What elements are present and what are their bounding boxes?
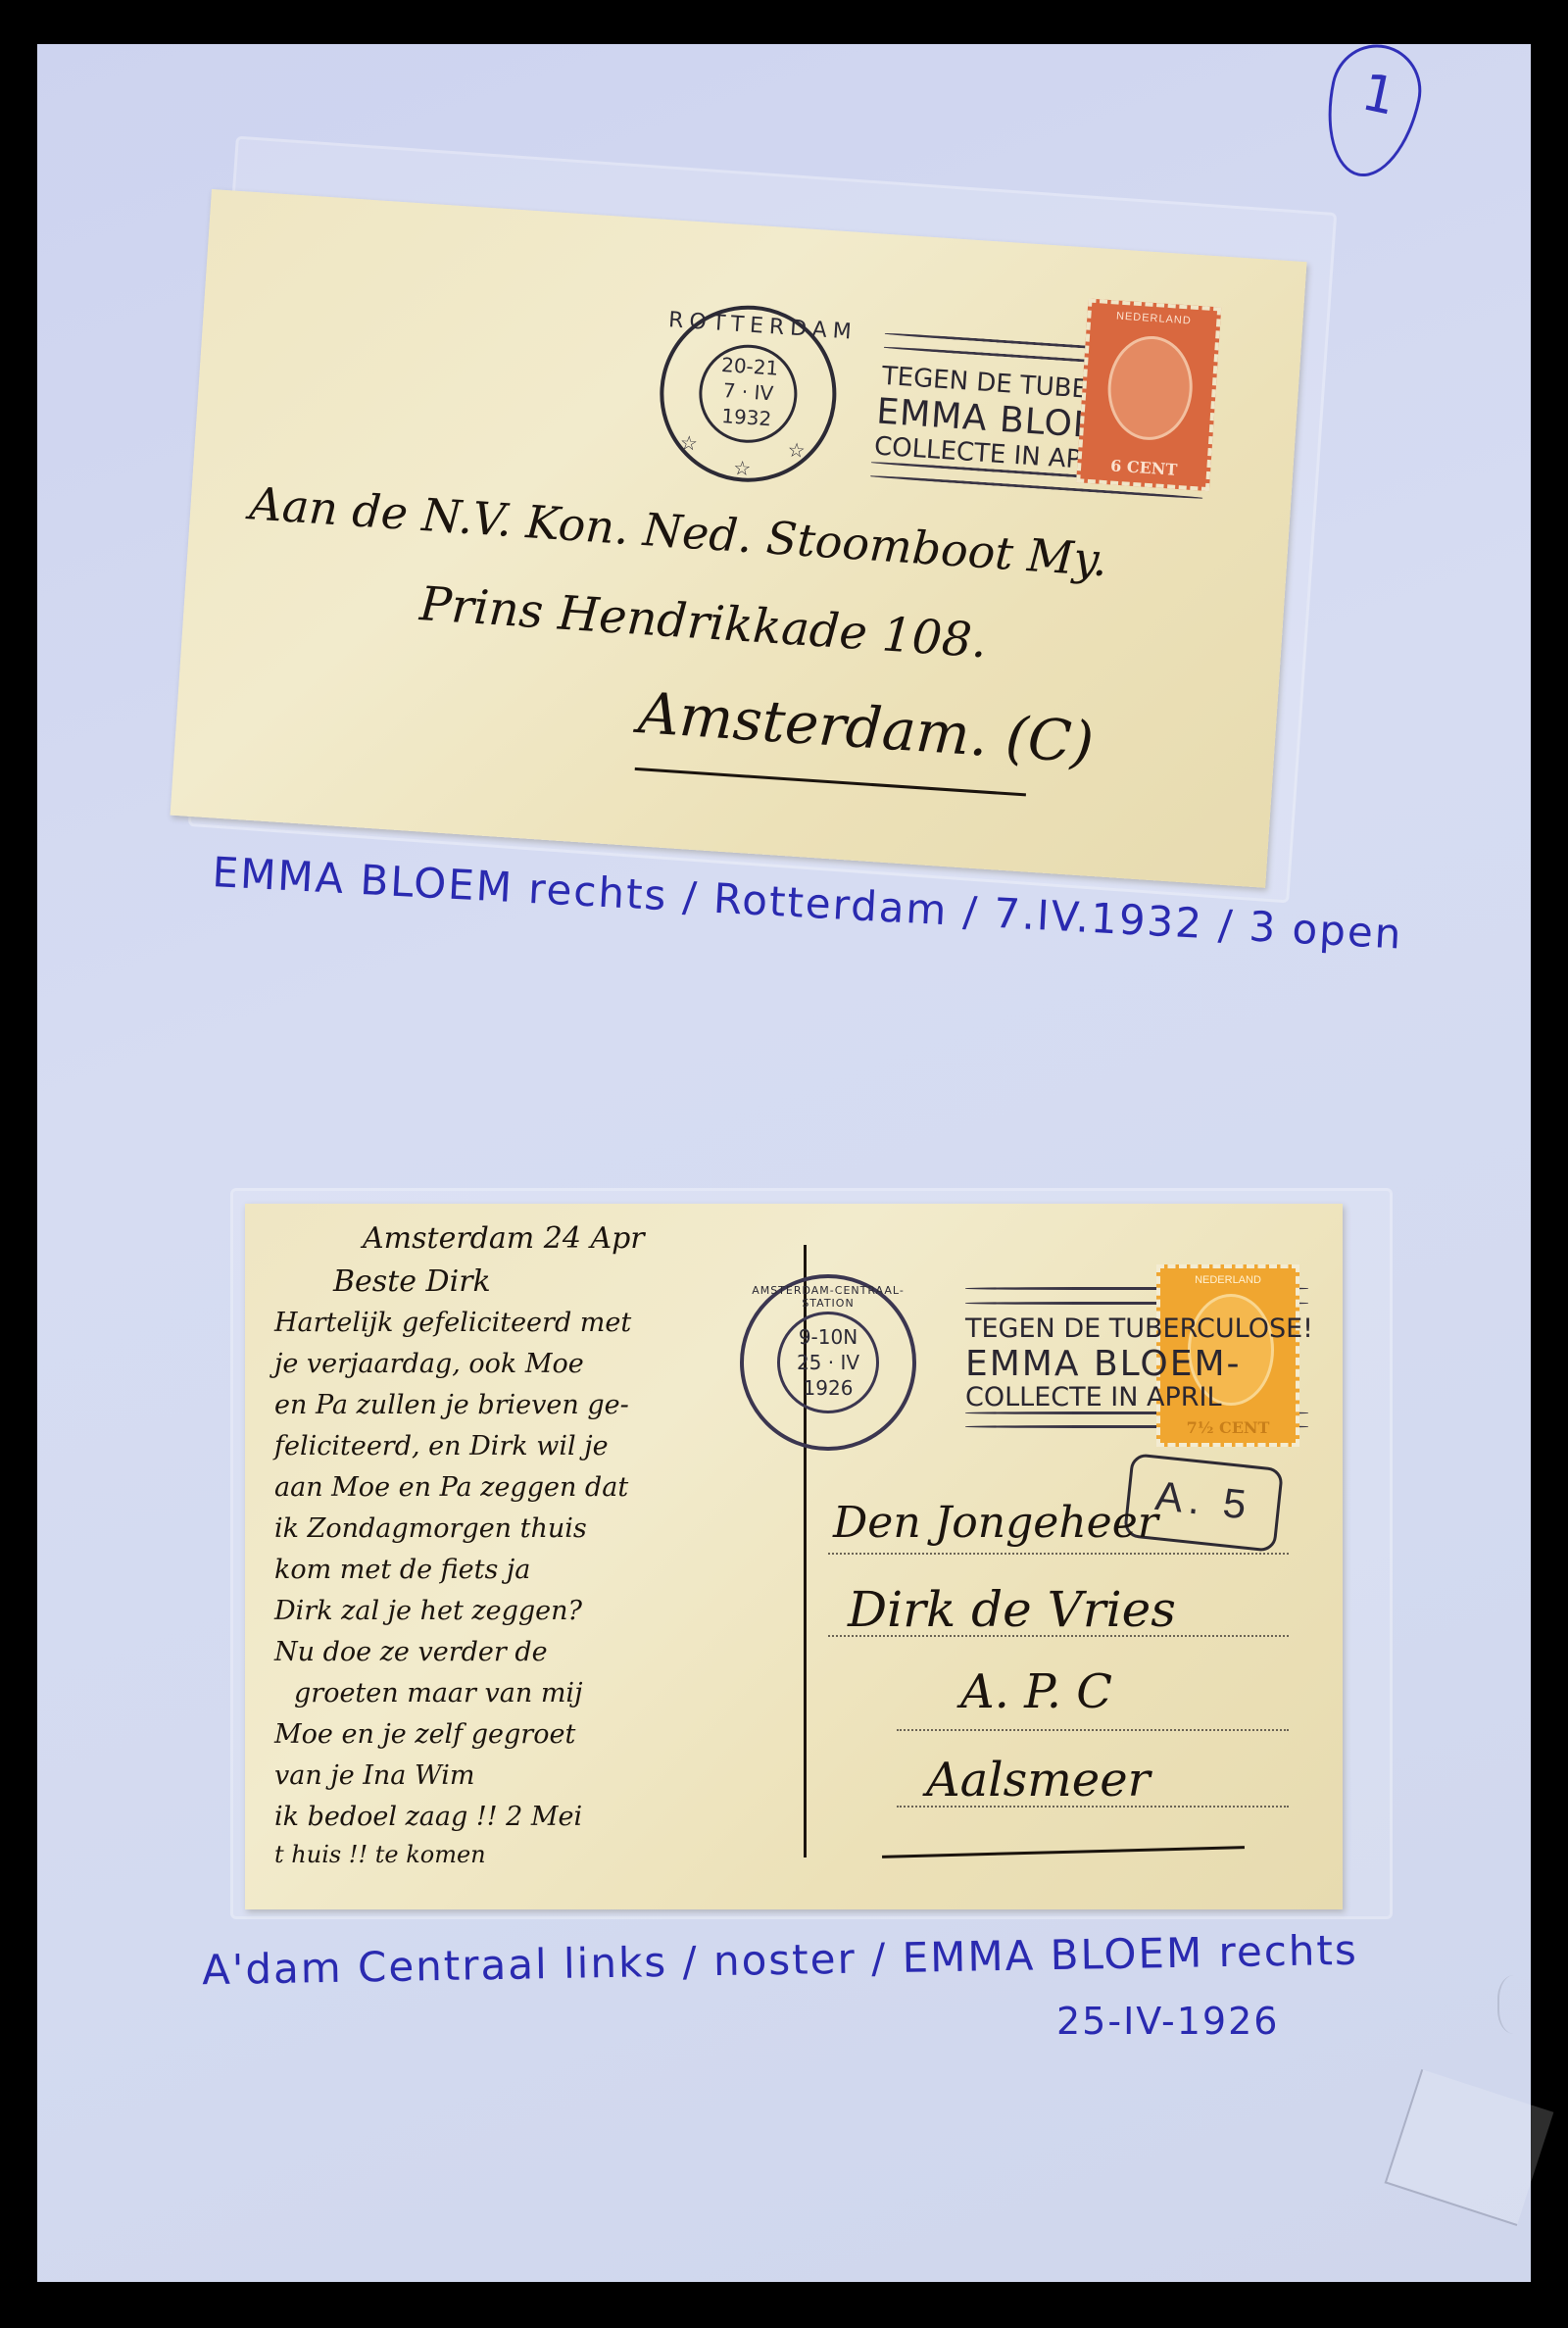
message-line: en Pa zullen je brieven ge- xyxy=(274,1390,629,1420)
slogan-line-1: TEGEN DE TUBERCULOSE! xyxy=(965,1315,1313,1342)
postcard-cover: Amsterdam 24 Apr Beste Dirk Hartelijk ge… xyxy=(245,1204,1343,1909)
message-line: t huis !! te komen xyxy=(274,1841,486,1868)
cover-2-caption: A'dam Centraal links / noster / EMMA BLO… xyxy=(202,1926,1359,1995)
message-line: je verjaardag, ook Moe xyxy=(274,1349,584,1379)
postmark-time: 9-10N xyxy=(744,1325,912,1349)
postmark-city: ROTTERDAM xyxy=(667,308,837,343)
address-underline xyxy=(635,768,1026,797)
address-dotted-line xyxy=(828,1635,1289,1637)
address-line-2: Dirk de Vries xyxy=(848,1581,1176,1638)
stamp-country: NEDERLAND xyxy=(1160,1274,1296,1286)
stamp-value: 7½ CENT xyxy=(1160,1418,1296,1437)
message-line: Nu doe ze verder de xyxy=(274,1637,548,1667)
message-line: kom met de fiets ja xyxy=(274,1555,530,1585)
paper-hinge-remnant xyxy=(1385,2069,1554,2226)
star-icon: ☆ xyxy=(679,430,699,456)
message-line: Beste Dirk xyxy=(333,1264,491,1299)
album-page: 1 ROTTERDAM 20-21 7 · IV 1932 ☆ ☆ ☆ TEGE… xyxy=(37,44,1531,2282)
postmark-date: 25 · IV xyxy=(744,1351,912,1374)
message-line: van je Ina Wim xyxy=(274,1760,475,1791)
message-line: Amsterdam 24 Apr xyxy=(363,1221,645,1256)
address-dotted-line xyxy=(828,1553,1289,1555)
envelope-cover: ROTTERDAM 20-21 7 · IV 1932 ☆ ☆ ☆ TEGEN … xyxy=(171,189,1307,888)
slogan-line-3: COLLECTE IN APRIL xyxy=(965,1384,1222,1411)
star-icon: ☆ xyxy=(787,438,807,464)
stamp-country: NEDERLAND xyxy=(1091,309,1217,328)
cover-2-caption-date: 25-IV-1926 xyxy=(1056,2000,1279,2043)
postmark-year: 1926 xyxy=(744,1376,912,1400)
address-line-3: Amsterdam. (C) xyxy=(636,679,1096,776)
message-line: Moe en je zelf gegroet xyxy=(274,1719,575,1750)
message-line: ik bedoel zaag !! 2 Mei xyxy=(274,1802,582,1832)
address-underline xyxy=(882,1846,1245,1858)
address-line-1: Aan de N.V. Kon. Ned. Stoomboot My. xyxy=(248,476,1109,586)
address-line-4: Aalsmeer xyxy=(926,1753,1151,1808)
message-line: Hartelijk gefeliciteerd met xyxy=(274,1308,631,1338)
slogan-line-2: EMMA BLOEM- xyxy=(965,1347,1242,1382)
message-line: aan Moe en Pa zeggen dat xyxy=(274,1472,628,1503)
address-dotted-line xyxy=(897,1729,1289,1731)
paper-hinge-remnant xyxy=(1497,1975,1539,2034)
stamp-value: 6 CENT xyxy=(1081,454,1207,480)
postmark-station: AMSTERDAM-CENTRAAL-STATION xyxy=(744,1284,912,1310)
address-line-1: Den Jongeheer xyxy=(833,1498,1158,1548)
star-icon: ☆ xyxy=(732,456,752,481)
address-line-2: Prins Hendrikkade 108. xyxy=(418,576,989,669)
message-line: feliciteerd, en Dirk wil je xyxy=(274,1431,609,1461)
address-line-3: A. P. C xyxy=(960,1664,1112,1719)
queen-portrait-icon xyxy=(1104,333,1196,442)
message-line: Dirk zal je het zeggen? xyxy=(274,1596,582,1626)
rotterdam-postmark: ROTTERDAM 20-21 7 · IV 1932 ☆ ☆ ☆ xyxy=(655,300,843,488)
message-line: ik Zondagmorgen thuis xyxy=(274,1513,587,1544)
page-number-annotation: 1 xyxy=(1314,36,1430,185)
address-dotted-line xyxy=(897,1806,1289,1808)
amsterdam-cs-postmark: AMSTERDAM-CENTRAAL-STATION 9-10N 25 · IV… xyxy=(740,1274,916,1451)
postage-stamp: NEDERLAND 6 CENT xyxy=(1076,299,1221,492)
message-line: groeten maar van mij xyxy=(294,1678,582,1709)
